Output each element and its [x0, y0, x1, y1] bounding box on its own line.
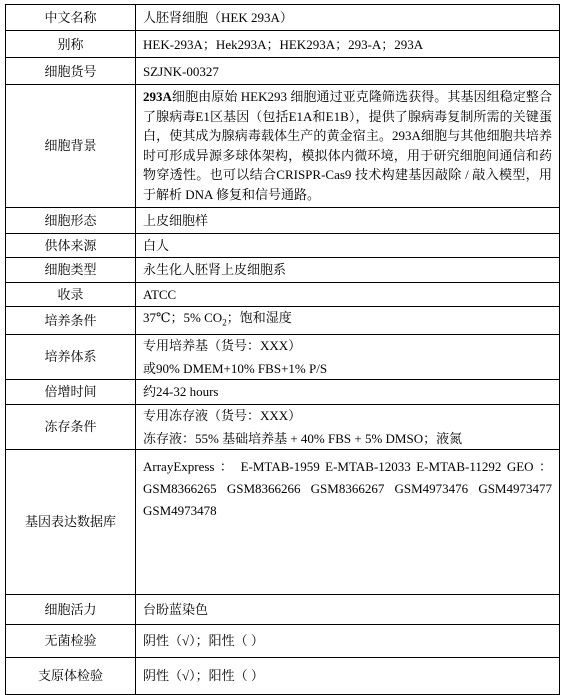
value-aliases: HEK-293A；Hek293A；HEK293A；293-A；293A [136, 31, 560, 58]
label-aliases: 别称 [6, 31, 136, 58]
value-repository: ATCC [136, 282, 560, 306]
table-row-cryopreservation: 冻存条件 专用冻存液（货号：XXX） 冻存液：55% 基础培养基 + 40% F… [6, 404, 560, 449]
label-gene-expression-databases: 基因表达数据库 [6, 449, 136, 594]
label-morphology: 细胞形态 [6, 207, 136, 233]
label-cryopreservation: 冻存条件 [6, 404, 136, 449]
label-cell-type: 细胞类型 [6, 257, 136, 282]
culture-conditions-post: ；饱和湿度 [227, 310, 292, 325]
table-row-donor-source: 供体来源 白人 [6, 233, 560, 257]
label-sterility-test: 无菌检验 [6, 624, 136, 657]
value-culture-conditions: 37℃；5% CO2；饱和湿度 [136, 306, 560, 334]
value-cryopreservation: 专用冻存液（货号：XXX） 冻存液：55% 基础培养基 + 40% FBS + … [136, 404, 560, 449]
cell-background-paragraph: 293A细胞由原始 HEK293 细胞通过亚克隆筛选获得。其基因组稳定整合了腺病… [143, 87, 552, 205]
cryopreservation-line1: 专用冻存液（货号：XXX） [143, 407, 552, 424]
document-page: 中文名称 人胚肾细胞（HEK 293A） 别称 HEK-293A；Hek293A… [5, 4, 560, 671]
label-doubling-time: 倍增时间 [6, 379, 136, 404]
cell-line-spec-table: 中文名称 人胚肾细胞（HEK 293A） 别称 HEK-293A；Hek293A… [5, 4, 560, 671]
value-donor-source: 白人 [136, 233, 560, 257]
table-row-catalog-number: 细胞货号 SZJNK-00327 [6, 58, 560, 85]
table-row-cell-type: 细胞类型 永生化人胚肾上皮细胞系 [6, 257, 560, 282]
cell-background-text: 细胞由原始 HEK293 细胞通过亚克隆筛选获得。其基因组稳定整合了腺病毒E1区… [143, 89, 552, 202]
gene-expression-accessions: ArrayExpress ： E-MTAB-1959 E-MTAB-12033 … [143, 456, 552, 522]
label-catalog-number: 细胞货号 [6, 58, 136, 85]
label-cell-background: 细胞背景 [6, 85, 136, 208]
table-row-cell-background: 细胞背景 293A细胞由原始 HEK293 细胞通过亚克隆筛选获得。其基因组稳定… [6, 85, 560, 208]
culture-conditions-pre: 37℃；5% CO [143, 310, 222, 325]
cryopreservation-line2: 冻存液：55% 基础培养基 + 40% FBS + 5% DMSO；液氮 [143, 430, 552, 447]
value-cell-viability: 台盼蓝染色 [136, 594, 560, 624]
table-row-doubling-time: 倍增时间 约24-32 hours [6, 379, 560, 404]
label-culture-conditions: 培养条件 [6, 306, 136, 334]
table-row-gene-expression-databases: 基因表达数据库 ArrayExpress ： E-MTAB-1959 E-MTA… [6, 449, 560, 594]
table-row-chinese-name: 中文名称 人胚肾细胞（HEK 293A） [6, 5, 560, 31]
culture-system-line1: 专用培养基（货号：XXX） [143, 337, 552, 354]
table-row-aliases: 别称 HEK-293A；Hek293A；HEK293A；293-A；293A [6, 31, 560, 58]
value-culture-system: 专用培养基（货号：XXX） 或90% DMEM+10% FBS+1% P/S [136, 334, 560, 379]
table-row-sterility-test: 无菌检验 阴性（√）；阳性（ ） [6, 624, 560, 657]
table-row-culture-system: 培养体系 专用培养基（货号：XXX） 或90% DMEM+10% FBS+1% … [6, 334, 560, 379]
table-row-cell-viability: 细胞活力 台盼蓝染色 [6, 594, 560, 624]
table-row-culture-conditions: 培养条件 37℃；5% CO2；饱和湿度 [6, 306, 560, 334]
label-cell-viability: 细胞活力 [6, 594, 136, 624]
culture-system-line2: 或90% DMEM+10% FBS+1% P/S [143, 360, 552, 377]
label-donor-source: 供体来源 [6, 233, 136, 257]
label-repository: 收录 [6, 282, 136, 306]
table-row-morphology: 细胞形态 上皮细胞样 [6, 207, 560, 233]
value-doubling-time: 约24-32 hours [136, 379, 560, 404]
table-row-repository: 收录 ATCC [6, 282, 560, 306]
value-gene-expression-databases: ArrayExpress ： E-MTAB-1959 E-MTAB-12033 … [136, 449, 560, 594]
value-mycoplasma-test: 阴性（√）；阳性（ ） [136, 657, 560, 671]
cell-background-bold-prefix: 293A [143, 89, 172, 104]
value-chinese-name: 人胚肾细胞（HEK 293A） [136, 5, 560, 31]
table-row-mycoplasma-test: 支原体检验 阴性（√）；阳性（ ） [6, 657, 560, 671]
label-chinese-name: 中文名称 [6, 5, 136, 31]
value-cell-background: 293A细胞由原始 HEK293 细胞通过亚克隆筛选获得。其基因组稳定整合了腺病… [136, 85, 560, 208]
value-catalog-number: SZJNK-00327 [136, 58, 560, 85]
label-mycoplasma-test: 支原体检验 [6, 657, 136, 671]
value-sterility-test: 阴性（√）；阳性（ ） [136, 624, 560, 657]
value-cell-type: 永生化人胚肾上皮细胞系 [136, 257, 560, 282]
label-culture-system: 培养体系 [6, 334, 136, 379]
value-morphology: 上皮细胞样 [136, 207, 560, 233]
